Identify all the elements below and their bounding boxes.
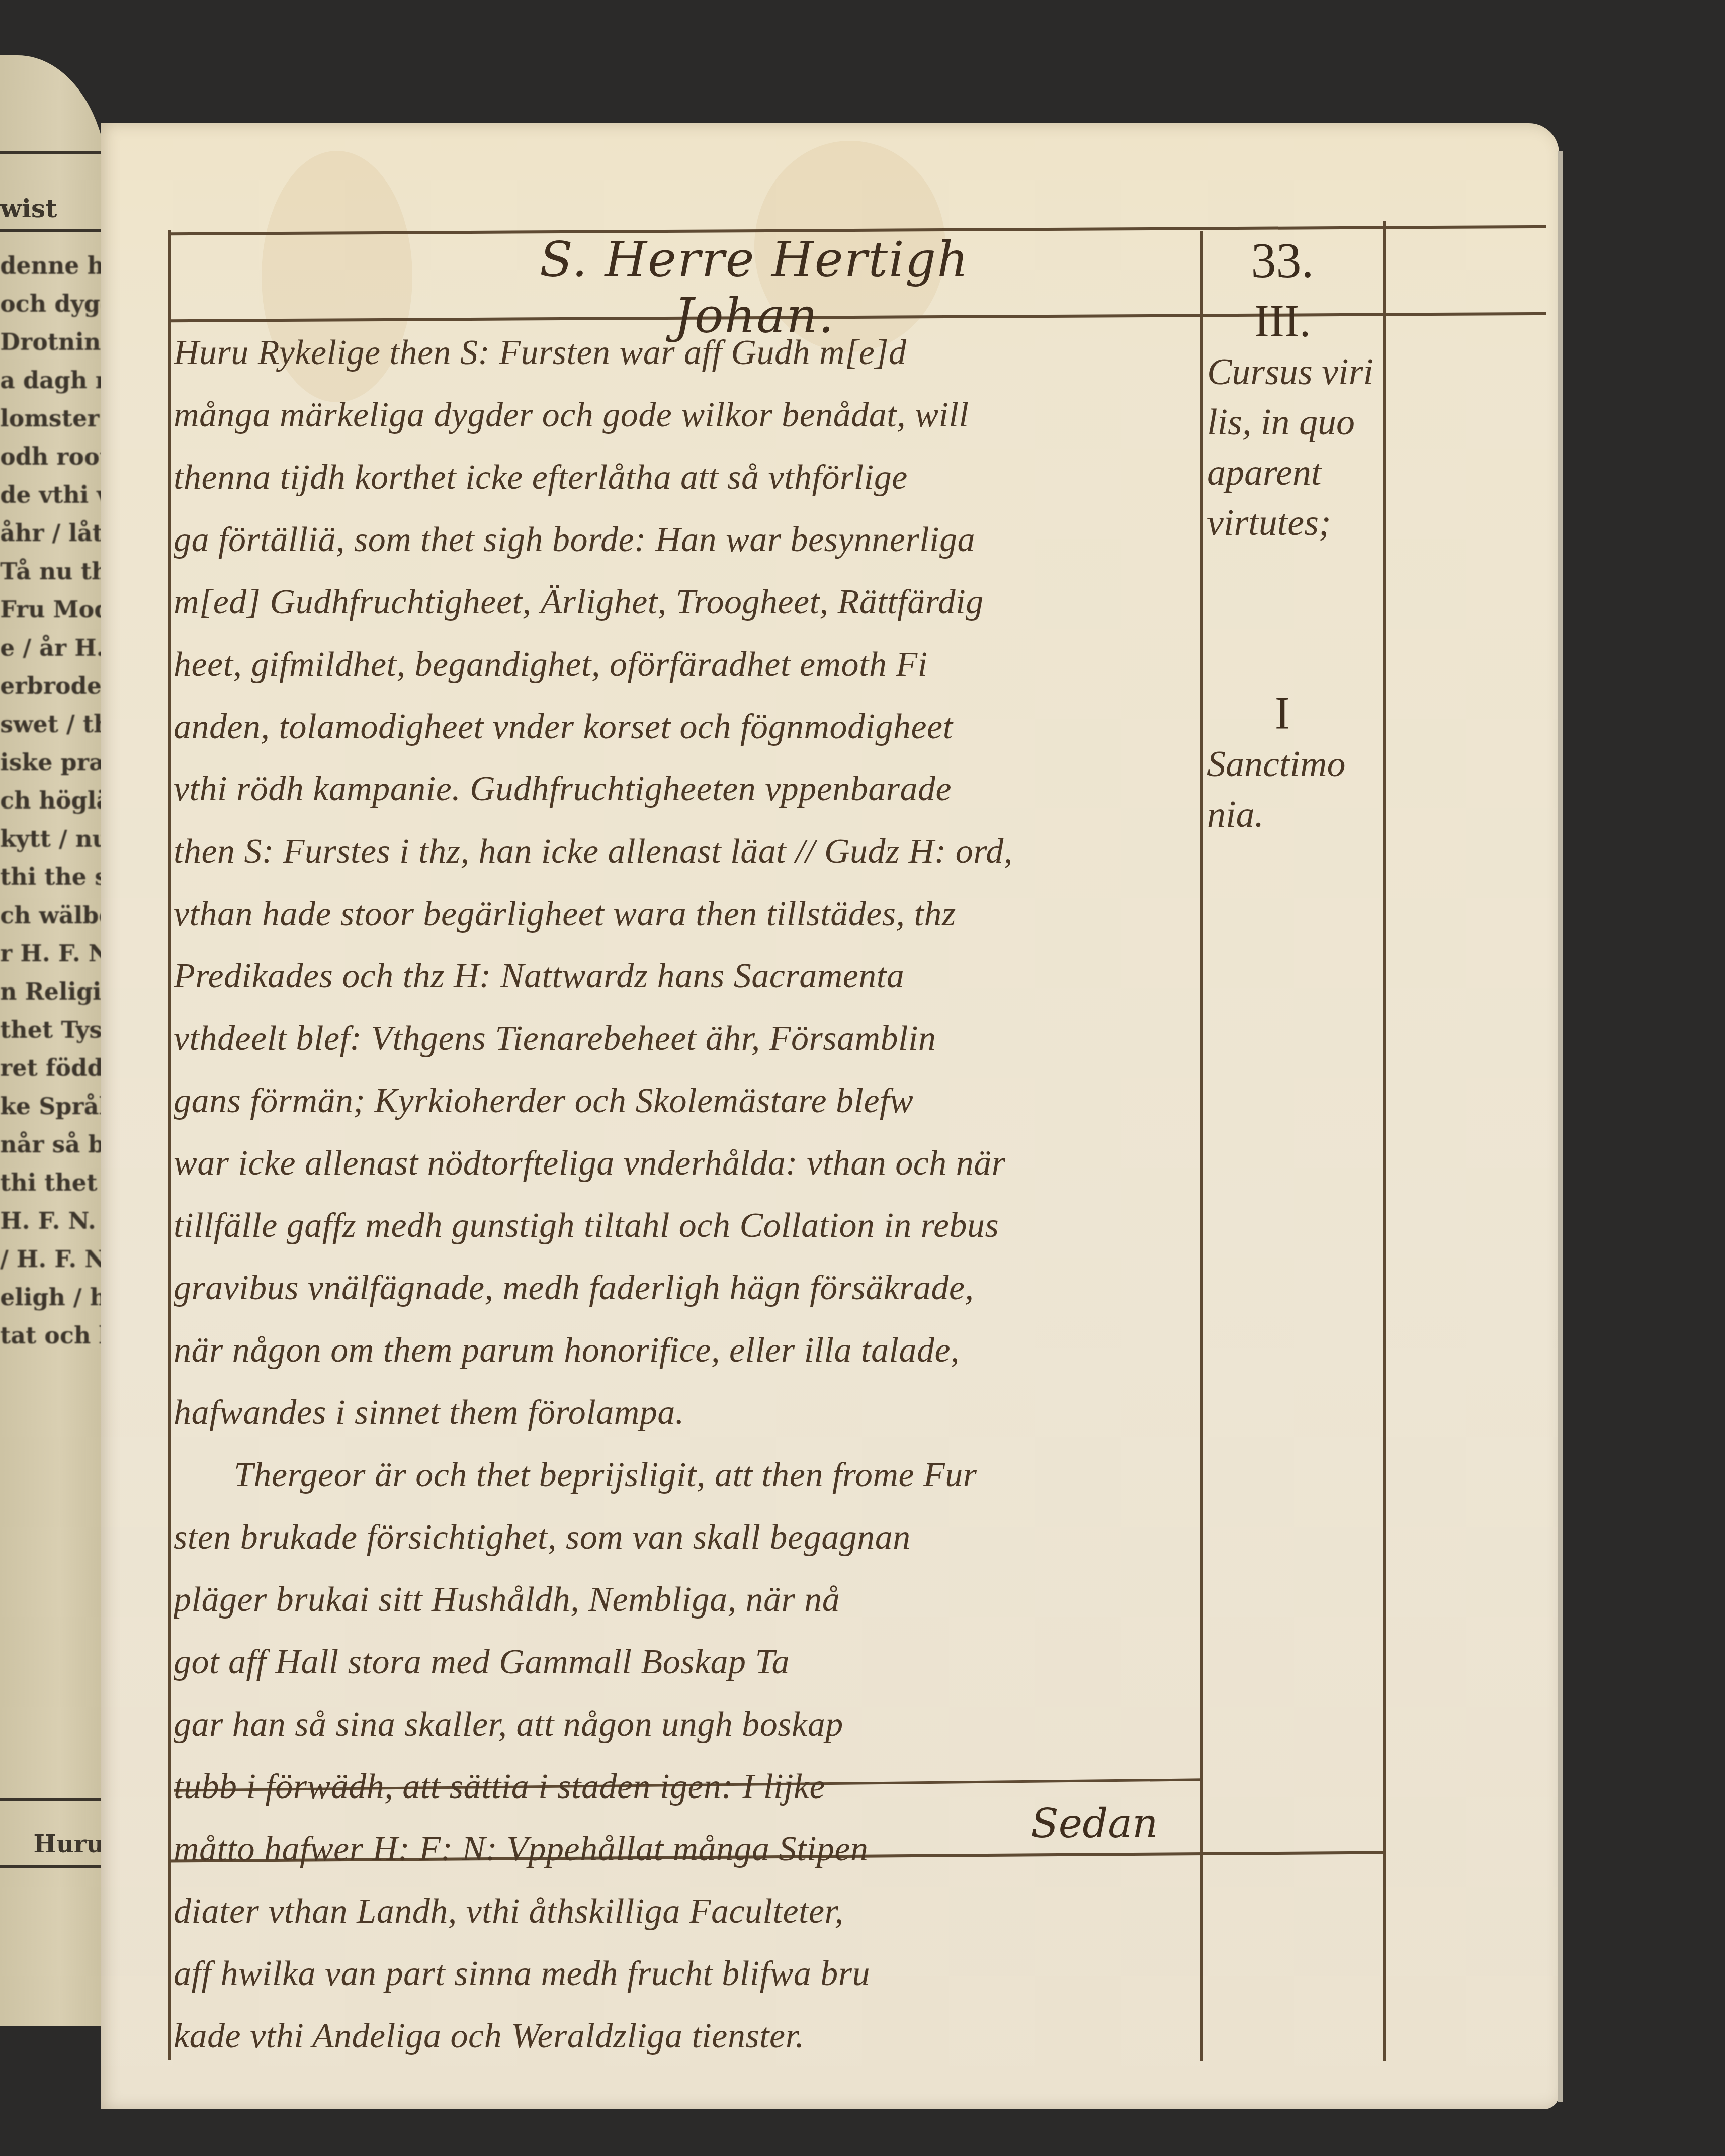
text-line: vthdeelt blef: Vthgens Tienarebeheet ähr… <box>174 1008 1204 1070</box>
left-line: thi thet förtelig <box>0 1163 108 1202</box>
left-footer-rule-lower <box>0 1865 108 1868</box>
left-line: ret född vthi <box>0 1049 108 1087</box>
margin-note-line: aparent <box>1207 447 1358 498</box>
text-line: pläger brukai sitt Hushåldh, Nembliga, n… <box>174 1569 1204 1631</box>
left-line: denne högtbegå <box>0 246 108 285</box>
page-fore-edge <box>1558 151 1563 2102</box>
left-line: e / år H. F. N. <box>0 628 108 667</box>
frame-left-rule <box>168 230 171 2060</box>
left-line: ke Språk <box>0 1087 108 1125</box>
text-line: Huru Rykelige then S: Fursten war aff Gu… <box>174 322 1204 384</box>
left-page-running-head: wist <box>0 194 50 223</box>
text-line: aff hwilka van part sinna medh frucht bl… <box>174 1943 1204 2005</box>
text-line: sten brukade försichtighet, som van skal… <box>174 1506 1204 1569</box>
text-line: vthi rödh kampanie. Gudhfruchtigheeten v… <box>174 758 1204 821</box>
left-line: tat och benägen. <box>0 1316 108 1355</box>
left-line: n Religions <box>0 972 108 1011</box>
left-line: Fru Modh <box>0 590 108 628</box>
margin-note-number: I <box>1207 689 1358 739</box>
margin-note-number: III. <box>1207 297 1358 347</box>
text-line: gravibus vnälfägnade, medh faderligh häg… <box>174 1257 1204 1319</box>
left-line: iske præcep <box>0 743 108 781</box>
text-line: heet, gifmildhet, begandighet, oförfärad… <box>174 634 1204 696</box>
left-page-edge: wist denne högtbegå och dygder / så Drot… <box>0 55 108 2026</box>
text-line: war icke allenast nödtorfteliga vnderhål… <box>174 1132 1204 1195</box>
margin-note-sanctimonia: I Sanctimo nia. <box>1207 689 1358 840</box>
text-line: många märkeliga dygder och gode wilkor b… <box>174 384 1204 446</box>
left-line: odh root och <box>0 437 108 476</box>
page-number: 33. <box>1217 231 1348 289</box>
text-line: anden, tolamodigheet vnder korset och fö… <box>174 696 1204 758</box>
catchword: Sedan <box>1031 1800 1158 1847</box>
left-footer-rule <box>0 1798 108 1801</box>
left-line: Tå nu thenne <box>0 552 108 590</box>
left-line: / H. F. N. skulle <box>0 1240 108 1278</box>
text-line: diater vthan Landh, vthi åthskilliga Fac… <box>174 1880 1204 1943</box>
left-header-rule <box>0 151 108 154</box>
text-line-paragraph-start: Thergeor är och thet beprijsligit, att t… <box>174 1444 1204 1506</box>
frame-right-rule <box>1383 221 1386 2061</box>
left-line: ch höglärde / <box>0 781 108 820</box>
text-line: gar han så sina skaller, att någon ungh … <box>174 1693 1204 1756</box>
text-line: ga förtälliä, som thet sigh borde: Han w… <box>174 509 1204 571</box>
left-line: och dygder / så <box>0 285 108 323</box>
left-line: r H. F. N. <box>0 934 108 972</box>
left-line: eligh / hwar til <box>0 1278 108 1316</box>
text-line: kade vthi Andeliga och Weraldzliga tiens… <box>174 2005 1204 2068</box>
margin-note-line: virtutes; <box>1207 498 1358 548</box>
left-line: a dagh mycket <box>0 361 108 399</box>
margin-note-line: Sanctimo <box>1207 739 1358 789</box>
left-line: ch wälbeklå <box>0 896 108 934</box>
left-page-catchword: Huru <box>34 1830 104 1858</box>
left-line: swet / ther <box>0 705 108 743</box>
left-line: når så behöfdes <box>0 1125 108 1163</box>
text-line: Predikades och thz H: Nattwardz hans Sac… <box>174 945 1204 1008</box>
text-line: thenna tijdh korthet icke efterlåtha att… <box>174 446 1204 509</box>
margin-note-line: lis, in quo <box>1207 397 1358 447</box>
left-header-rule-lower <box>0 229 108 232</box>
left-line: thet Tyske Sp <box>0 1011 108 1049</box>
left-line: Drotninge / <box>0 323 108 361</box>
text-line: vthan hade stoor begärligheet wara then … <box>174 883 1204 945</box>
margin-note-line: nia. <box>1207 789 1358 840</box>
text-line: m[ed] Gudhfruchtigheet, Ärlighet, Troogh… <box>174 571 1204 634</box>
margin-note-cursus: III. Cursus viri lis, in quo aparent vir… <box>1207 297 1358 548</box>
left-line: kytt / nu <box>0 820 108 858</box>
left-page-text: denne högtbegå och dygder / så Drotninge… <box>0 246 108 1355</box>
left-line: lomster och Ch <box>0 399 108 437</box>
text-line: then S: Furstes i thz, han icke allenast… <box>174 821 1204 883</box>
margin-note-line: Cursus viri <box>1207 347 1358 397</box>
left-line: H. F. N. sigh <box>0 1202 108 1240</box>
text-line: got aff Hall stora med Gammall Boskap Ta <box>174 1631 1204 1693</box>
left-line: thi the saaker <box>0 858 108 896</box>
text-line: gans förmän; Kyrkioherder och Skolemästa… <box>174 1070 1204 1132</box>
left-line: de vthi vpwärta <box>0 476 108 514</box>
left-line: erbroder / s <box>0 667 108 705</box>
left-line: åhr / låtet <box>0 514 108 552</box>
text-line: tillfälle gaffz medh gunstigh tiltahl oc… <box>174 1195 1204 1257</box>
text-line: när någon om them parum honorifice, elle… <box>174 1319 1204 1382</box>
text-line: hafwandes i sinnet them förolampa. <box>174 1382 1204 1444</box>
